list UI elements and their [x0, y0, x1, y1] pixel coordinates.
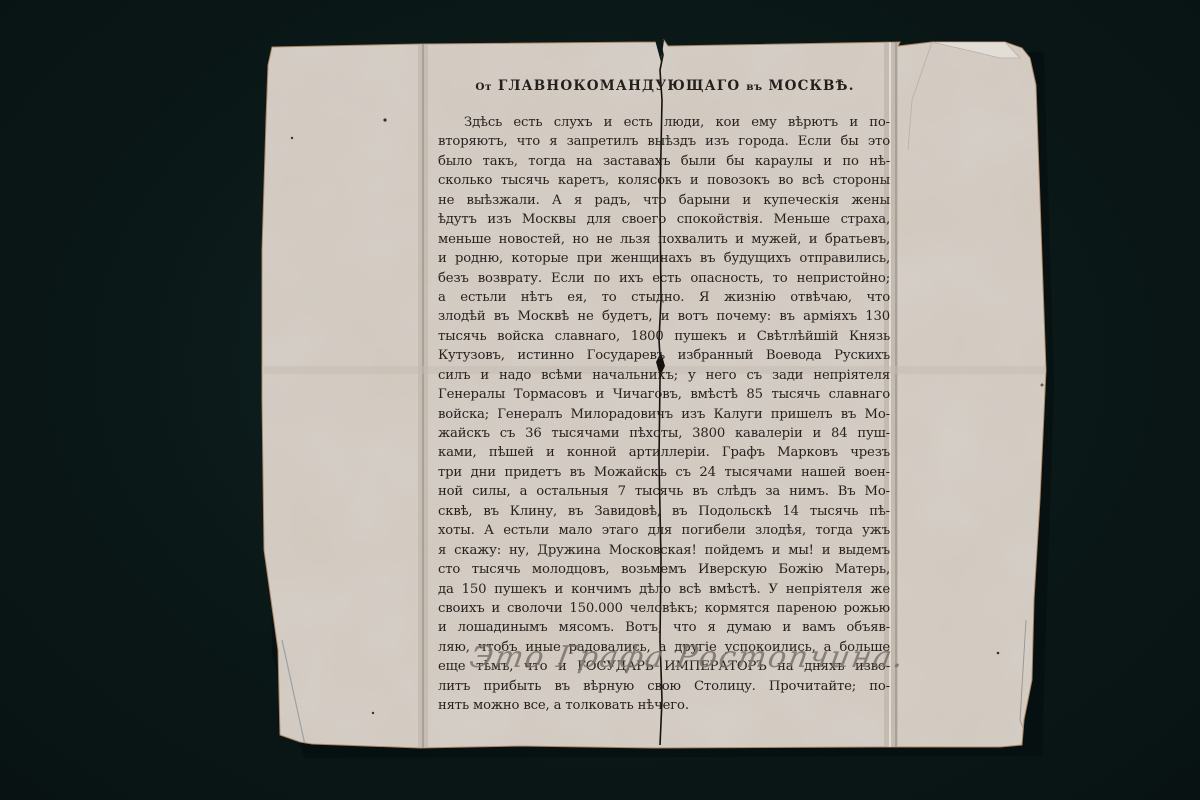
text-line: своихъ и сволочи 150.000 человѣкъ; кормя…: [438, 599, 890, 618]
text-line: нять можно все, а толковать нѣчего.: [438, 696, 890, 715]
text-line: безъ возврату. Если по ихъ есть опасност…: [438, 269, 890, 288]
text-line: не выѣзжали. А я радъ, что барыни и купе…: [438, 191, 890, 210]
text-line: сто тысячь молодцовъ, возьмемъ Иверскую …: [438, 560, 890, 579]
text-line: Здѣсь есть слухъ и есть люди, кои ему вѣ…: [438, 113, 890, 132]
text-line: а естьли нѣтъ ея, то стыдно. Я жизнію от…: [438, 288, 890, 307]
text-line: и лошадинымъ мясомъ. Вотъ, что я думаю и…: [438, 618, 890, 637]
proclamation-text: От ГЛАВНОКОМАНДУЮЩАГО въ МОСКВѢ. Здѣсь е…: [438, 78, 890, 716]
text-line: сколько тысячь каретъ, колясокъ и повозо…: [438, 171, 890, 190]
text-line: сквѣ, въ Клину, въ Завидовѣ, въ Подольск…: [438, 502, 890, 521]
text-line: ной силы, а остальныя 7 тысячь въ слѣдъ …: [438, 482, 890, 501]
title-mid: въ: [746, 81, 762, 93]
text-line: тысячь войска славнаго, 1800 пушекъ и Св…: [438, 327, 890, 346]
text-line: злодѣй въ Москвѣ не будетъ, и вотъ почем…: [438, 307, 890, 326]
text-line: силъ и надо всѣми начальникъ; у него съ …: [438, 366, 890, 385]
text-line: три дни придетъ въ Можайскъ съ 24 тысяча…: [438, 463, 890, 482]
text-line: Генералы Тормасовъ и Чичаговъ, вмѣстѣ 85…: [438, 385, 890, 404]
text-line: Кутузовъ, истинно Государевъ избранный В…: [438, 346, 890, 365]
title-main: ГЛАВНОКОМАНДУЮЩАГО: [498, 78, 740, 94]
text-line: было такъ, тогда на заставахъ были бы ка…: [438, 152, 890, 171]
text-line: ками, пѣшей и конной артиллеріи. Графъ М…: [438, 443, 890, 462]
text-line: хоты. А естьли мало этаго для погибели з…: [438, 521, 890, 540]
title-city: МОСКВѢ.: [769, 78, 855, 94]
title-prefix: От: [475, 81, 492, 93]
text-line: меньше новостей, но не льзя похвалить и …: [438, 230, 890, 249]
handwritten-attribution: Это Графа Ростопчина.: [467, 640, 908, 675]
text-line: да 150 пушекъ и кончимъ дѣло всѣ вмѣстѣ.…: [438, 580, 890, 599]
text-line: ѣдутъ изъ Москвы для своего спокойствія.…: [438, 210, 890, 229]
text-line: я скажу: ну, Дружина Московская! пойдемъ…: [438, 541, 890, 560]
proclamation-title: От ГЛАВНОКОМАНДУЮЩАГО въ МОСКВѢ.: [438, 78, 890, 94]
text-line: войска; Генералъ Милорадовичъ изъ Калуги…: [438, 405, 890, 424]
text-line: литъ прибыть въ вѣрную свою Столицу. Про…: [438, 677, 890, 696]
text-line: жайскъ съ 36 тысячами пѣхоты, 3800 кавал…: [438, 424, 890, 443]
text-line: и родню, которые при женщинахъ въ будущи…: [438, 249, 890, 268]
proclamation-body: Здѣсь есть слухъ и есть люди, кои ему вѣ…: [438, 113, 890, 716]
text-line: вторяютъ, что я запретилъ выѣздъ изъ гор…: [438, 132, 890, 151]
